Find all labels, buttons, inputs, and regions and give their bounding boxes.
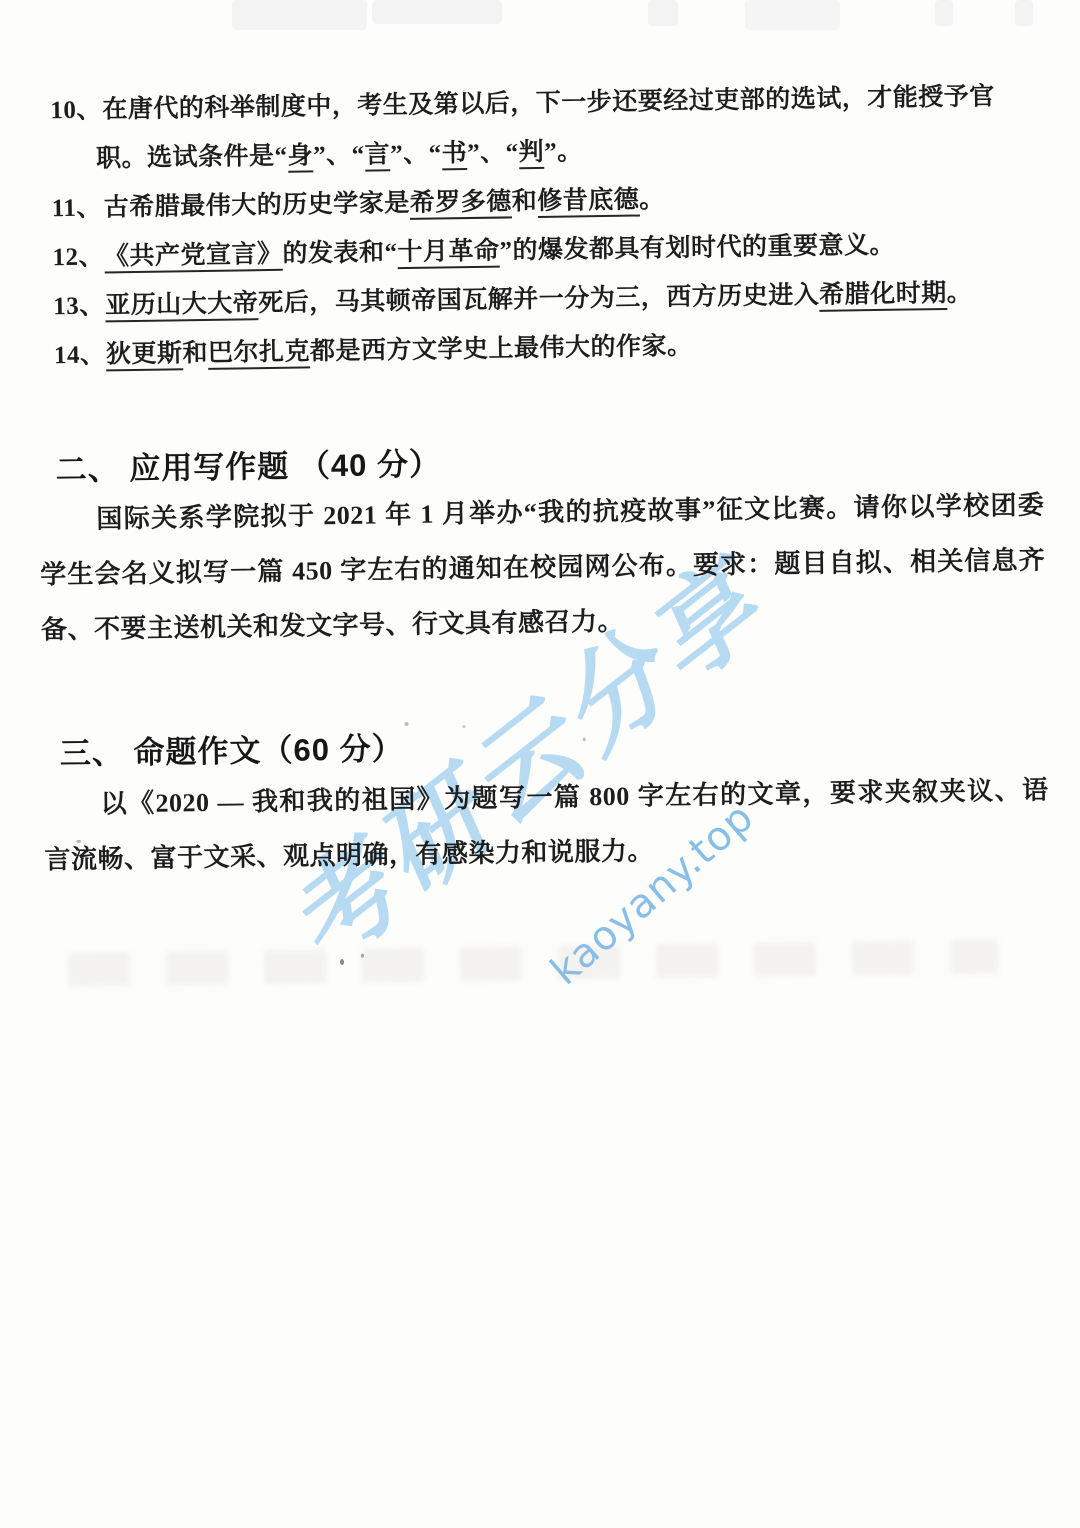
page-content: 10、在唐代的科举制度中，考生及第以后，下一步还要经过吏部的选试，才能授予官 职… xyxy=(0,0,1080,1528)
underlined-term: 言 xyxy=(364,141,390,171)
question-text: 职。选试条件是“身”、“言”、“书”、“判”。 xyxy=(96,138,583,172)
scanned-exam-page: 考研云分享 kaoyany.top 10、在唐代的科举制度中，考生及第以后，下一… xyxy=(0,0,1080,1528)
text-run: 古希腊最伟大的历史学家是 xyxy=(104,190,410,222)
underlined-term: 身 xyxy=(287,142,313,172)
question-text: 狄更斯和巴尔扎克都是西方文学史上最伟大的作家。 xyxy=(106,333,693,372)
text-run: 和 xyxy=(182,340,208,367)
text-run: ”、“ xyxy=(390,140,442,168)
ink-speck xyxy=(463,725,466,728)
bleed-through-ghost-text xyxy=(68,939,998,987)
underlined-term: 希腊化时期 xyxy=(819,280,947,312)
ink-speck xyxy=(583,737,586,741)
question-number: 10、 xyxy=(50,85,103,135)
section-three-paragraph: 以《2020 — 我和我的祖国》为题写一篇 800 字左右的文章，要求夹叙夹议、… xyxy=(43,762,1050,887)
question-text: 亚历山大大帝死后，马其顿帝国瓦解并一分为三，西方历史进入希腊化时期。 xyxy=(105,280,972,323)
ink-speck xyxy=(340,959,344,965)
text-run: 职。选试条件是“ xyxy=(96,143,288,173)
question-text: 古希腊最伟大的历史学家是希罗多德和修昔底德。 xyxy=(104,186,665,221)
underlined-term: 亚历山大大帝 xyxy=(105,290,258,322)
text-run: 死后，马其顿帝国瓦解并一分为三，西方历史进入 xyxy=(258,282,819,317)
underlined-term: 十月革命 xyxy=(397,238,499,270)
text-run: 在唐代的科举制度中，考生及第以后，下一步还要经过吏部的选试，才能授予官 xyxy=(102,83,995,123)
section-two-heading: 二、 应用写作题 （40 分） xyxy=(55,438,441,489)
text-run: 都是西方文学史上最伟大的作家。 xyxy=(310,333,693,366)
underlined-term: 修昔底德 xyxy=(537,187,639,219)
question-number: 12、 xyxy=(52,232,104,282)
question-number: 14、 xyxy=(54,330,107,380)
text-run: ”的爆发都具有划时代的重要意义。 xyxy=(499,232,895,265)
underlined-term: 判 xyxy=(518,139,544,169)
underlined-term: 《共产党宣言》 xyxy=(104,241,283,274)
question-number: 11、 xyxy=(51,183,104,233)
text-run: 的发表和“ xyxy=(282,239,397,268)
question-list: 10、在唐代的科举制度中，考生及第以后，下一步还要经过吏部的选试，才能授予官 职… xyxy=(50,72,1039,381)
text-run: ”、“ xyxy=(467,139,519,167)
text-run: 。 xyxy=(639,186,665,213)
text-run: ”。 xyxy=(544,138,583,166)
underlined-term: 书 xyxy=(441,140,467,170)
text-run: 和 xyxy=(512,188,538,215)
underlined-term: 希罗多德 xyxy=(410,188,512,220)
question-number: 13、 xyxy=(53,281,106,331)
section-two-paragraph: 国际关系学院拟于 2021 年 1 月举办“我的抗疫故事”征文比赛。请你以学校团… xyxy=(39,478,1046,658)
ink-speck xyxy=(361,954,364,958)
text-run: ”、“ xyxy=(313,142,365,170)
text-run: 。 xyxy=(947,280,973,307)
underlined-term: 巴尔扎克 xyxy=(208,338,310,370)
section-three-heading: 三、 命题作文（60 分） xyxy=(60,723,404,773)
underlined-term: 狄更斯 xyxy=(106,340,183,371)
ink-speck xyxy=(76,840,81,843)
question-text: 《共产党宣言》的发表和“十月革命”的爆发都具有划时代的重要意义。 xyxy=(104,232,895,274)
ink-speck xyxy=(404,722,408,726)
question-text: 在唐代的科举制度中，考生及第以后，下一步还要经过吏部的选试，才能授予官 xyxy=(102,83,995,123)
